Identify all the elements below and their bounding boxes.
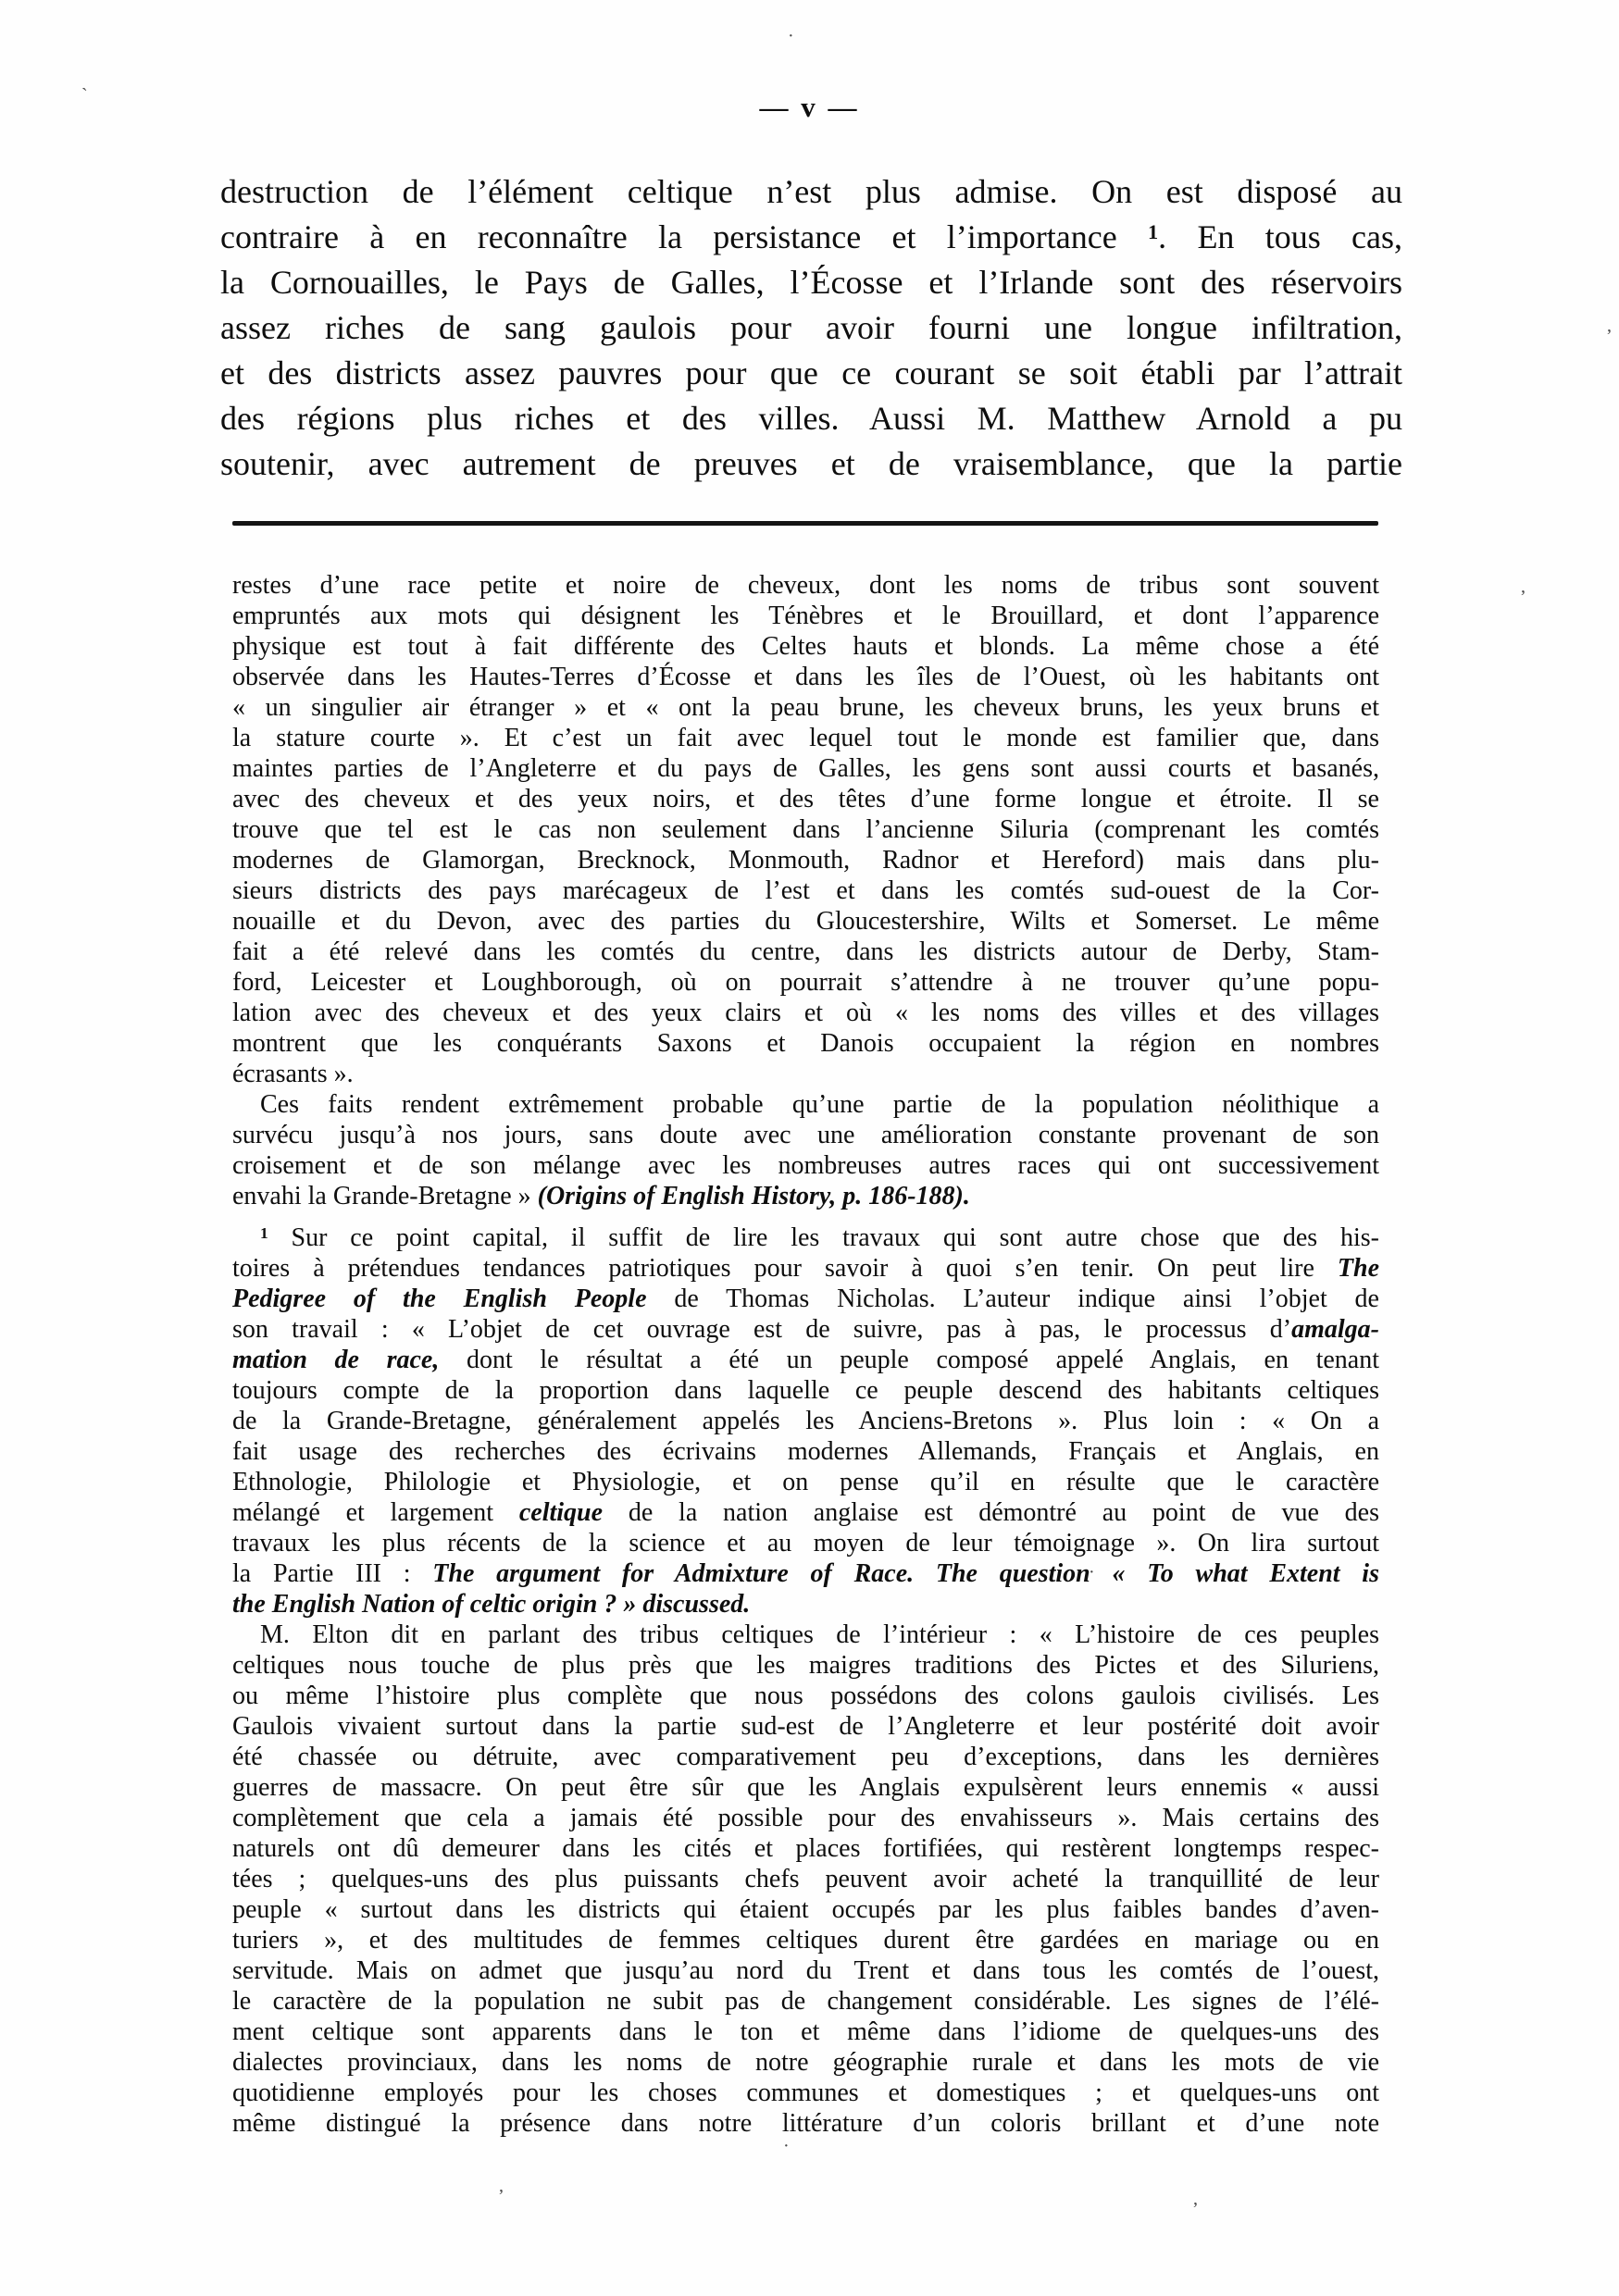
text-segment: turiers », et des multitudes de femmes c… (232, 1926, 1379, 1955)
text-segment: dont le résultat a été un peuple composé… (439, 1346, 1379, 1374)
text-segment: peuple « surtout dans les districts qui … (232, 1895, 1379, 1924)
text-line: sieurs districts des pays marécageux de … (232, 875, 1379, 906)
text-segment: M. Elton dit en parlant des tribus celti… (260, 1620, 1379, 1649)
text-segment: celtique (519, 1498, 603, 1527)
text-line: et des districts assez pauvres pour que … (220, 351, 1402, 396)
scan-speck: · (1089, 1562, 1095, 1583)
text-line: le caractère de la population ne subit p… (232, 1986, 1379, 2017)
text-segment: celtiques nous touche de plus près que l… (232, 1651, 1379, 1680)
text-line: celtiques nous touche de plus près que l… (232, 1650, 1379, 1681)
text-segment: et des districts assez pauvres pour que … (220, 354, 1402, 391)
text-line: observée dans les Hautes-Terres d’Écosse… (232, 662, 1379, 692)
text-line: tées ; quelques-uns des plus puissants c… (232, 1864, 1379, 1894)
text-line: destruction de l’élément celtique n’est … (220, 169, 1402, 215)
text-line: nouaille et du Devon, avec des parties d… (232, 906, 1379, 937)
text-segment: le caractère de la population ne subit p… (232, 1987, 1379, 2016)
text-segment: The argument for Admixture of Race. The … (432, 1559, 1379, 1588)
text-line: la stature courte ». Et c’est un fait av… (232, 723, 1379, 753)
footnote-marker: 1 (1148, 220, 1158, 243)
text-line: trouve que tel est le cas non seulement … (232, 814, 1379, 845)
text-line: 1 Sur ce point capital, il suffit de lir… (232, 1222, 1379, 1253)
text-segment: de la nation anglaise est démontré au po… (603, 1498, 1379, 1527)
text-segment: assez riches de sang gaulois pour avoir … (220, 309, 1402, 346)
text-line: maintes parties de l’Angleterre et du pa… (232, 753, 1379, 784)
page-number: — v — (0, 91, 1619, 124)
text-line: modernes de Glamorgan, Brecknock, Monmou… (232, 845, 1379, 875)
text-line: servitude. Mais on admet que jusqu’au no… (232, 1955, 1379, 1986)
text-segment: Sur ce point capital, il suffit de lire … (268, 1223, 1379, 1252)
text-line: Ethnologie, Philologie et Physiologie, e… (232, 1467, 1379, 1497)
text-segment: The (1338, 1254, 1379, 1283)
text-segment: the English Nation of celtic origin ? » … (232, 1590, 750, 1619)
text-segment: la Cornouailles, le Pays de Galles, l’Éc… (220, 264, 1402, 301)
text-line: « un singulier air étranger » et « ont l… (232, 692, 1379, 723)
text-line: croisement et de son mélange avec les no… (232, 1150, 1379, 1181)
text-segment: son travail : « L’objet de cet ouvrage e… (232, 1315, 1291, 1344)
text-segment: sieurs districts des pays marécageux de … (232, 876, 1379, 905)
text-line: lation avec des cheveux et des yeux clai… (232, 998, 1379, 1028)
text-segment: dialectes provinciaux, dans les noms de … (232, 2048, 1379, 2077)
text-line: la Partie III : The argument for Admixtu… (232, 1558, 1379, 1589)
text-segment: Ethnologie, Philologie et Physiologie, e… (232, 1468, 1379, 1496)
text-segment: amalga- (1291, 1315, 1379, 1344)
text-segment: maintes parties de l’Angleterre et du pa… (232, 754, 1379, 783)
text-segment: servitude. Mais on admet que jusqu’au no… (232, 1956, 1379, 1985)
text-segment: ford, Leicester et Loughborough, où on p… (232, 968, 1379, 997)
text-segment: trouve que tel est le cas non seulement … (232, 815, 1379, 844)
text-line: envahi la Grande-Bretagne » (Origins of … (232, 1181, 1379, 1211)
text-segment: mélangé et largement (232, 1498, 519, 1527)
text-segment: avec des cheveux et des yeux noirs, et d… (232, 785, 1379, 813)
text-segment: . En tous cas, (1158, 218, 1402, 255)
text-segment: la Partie III : (232, 1559, 432, 1588)
text-segment: de la Grande-Bretagne, généralement appe… (232, 1407, 1379, 1435)
text-line: Ces faits rendent extrêmement probable q… (232, 1089, 1379, 1120)
text-segment: été chassée ou détruite, avec comparativ… (232, 1743, 1379, 1771)
text-line: contraire à en reconnaître la persistanc… (220, 215, 1402, 260)
text-line: soutenir, avec autrement de preuves et d… (220, 441, 1402, 487)
text-segment: nouaille et du Devon, avec des parties d… (232, 907, 1379, 936)
scan-speck: · (783, 2136, 790, 2157)
text-segment: montrent que les conquérants Saxons et D… (232, 1029, 1379, 1058)
text-segment: écrasants ». (232, 1060, 354, 1088)
text-line: écrasants ». (232, 1059, 1379, 1089)
text-line: Gaulois vivaient surtout dans la partie … (232, 1711, 1379, 1742)
text-line: même distingué la présence dans notre li… (232, 2108, 1379, 2139)
text-line: the English Nation of celtic origin ? » … (232, 1589, 1379, 1620)
text-line: Pedigree of the English People de Thomas… (232, 1284, 1379, 1314)
text-line: survécu jusqu’à nos jours, sans doute av… (232, 1120, 1379, 1150)
scan-speck: ’ (1520, 587, 1526, 608)
text-line: physique est tout à fait différente des … (232, 631, 1379, 662)
text-segment: modernes de Glamorgan, Brecknock, Monmou… (232, 846, 1379, 875)
text-segment: Gaulois vivaient surtout dans la partie … (232, 1712, 1379, 1741)
text-segment: naturels ont dû demeurer dans les cités … (232, 1834, 1379, 1863)
text-line: peuple « surtout dans les districts qui … (232, 1894, 1379, 1925)
book-page: — v — destruction de l’élément celtique … (0, 0, 1619, 2296)
text-line: complètement que cela a jamais été possi… (232, 1803, 1379, 1833)
text-segment: destruction de l’élément celtique n’est … (220, 173, 1402, 210)
text-line: ford, Leicester et Loughborough, où on p… (232, 967, 1379, 998)
footnote-section: restes d’une race petite et noire de che… (232, 570, 1379, 2139)
text-line: son travail : « L’objet de cet ouvrage e… (232, 1314, 1379, 1345)
text-segment: Ces faits rendent extrêmement probable q… (260, 1090, 1379, 1119)
scan-speck: ` (81, 85, 88, 106)
text-line: mélangé et largement celtique de la nati… (232, 1497, 1379, 1528)
text-segment: travaux les plus récents de la science e… (232, 1529, 1379, 1558)
text-segment: quotidienne employés pour les choses com… (232, 2079, 1379, 2107)
text-line: guerres de massacre. On peut être sûr qu… (232, 1772, 1379, 1803)
text-line: mation de race, dont le résultat a été u… (232, 1345, 1379, 1375)
text-segment: ou même l’histoire plus complète que nou… (232, 1682, 1379, 1710)
text-line: assez riches de sang gaulois pour avoir … (220, 305, 1402, 351)
text-line: ou même l’histoire plus complète que nou… (232, 1681, 1379, 1711)
text-segment: des régions plus riches et des villes. A… (220, 400, 1402, 437)
text-line: M. Elton dit en parlant des tribus celti… (232, 1620, 1379, 1650)
text-line: toujours compte de la proportion dans la… (232, 1375, 1379, 1406)
footnote-marker: 1 (260, 1224, 268, 1242)
text-line: quotidienne employés pour les choses com… (232, 2078, 1379, 2108)
scan-speck: · (788, 26, 794, 47)
scan-speck: ’ (1192, 2199, 1199, 2220)
text-segment: survécu jusqu’à nos jours, sans doute av… (232, 1121, 1379, 1149)
text-segment: physique est tout à fait différente des … (232, 632, 1379, 661)
text-line: été chassée ou détruite, avec comparativ… (232, 1742, 1379, 1772)
text-segment: empruntés aux mots qui désignent les Tén… (232, 602, 1379, 630)
text-line: toires à prétendues tendances patriotiqu… (232, 1253, 1379, 1284)
text-segment: lation avec des cheveux et des yeux clai… (232, 999, 1379, 1027)
scan-speck: ’ (498, 2186, 504, 2207)
text-line: travaux les plus récents de la science e… (232, 1528, 1379, 1558)
text-segment: même distingué la présence dans notre li… (232, 2109, 1379, 2138)
text-segment: complètement que cela a jamais été possi… (232, 1804, 1379, 1832)
text-segment: fait a été relevé dans les comtés du cen… (232, 937, 1379, 966)
text-line: montrent que les conquérants Saxons et D… (232, 1028, 1379, 1059)
text-line: turiers », et des multitudes de femmes c… (232, 1925, 1379, 1955)
text-segment: mation de race, (232, 1346, 439, 1374)
text-line: des régions plus riches et des villes. A… (220, 396, 1402, 441)
text-line: fait a été relevé dans les comtés du cen… (232, 937, 1379, 967)
text-segment: Pedigree of the English People (232, 1285, 647, 1313)
text-line: avec des cheveux et des yeux noirs, et d… (232, 784, 1379, 814)
scan-speck: ’ (1606, 326, 1613, 347)
text-line: de la Grande-Bretagne, généralement appe… (232, 1406, 1379, 1436)
text-segment: tées ; quelques-uns des plus puissants c… (232, 1865, 1379, 1893)
text-line: ment celtique sont apparents dans le ton… (232, 2017, 1379, 2047)
text-line: la Cornouailles, le Pays de Galles, l’Éc… (220, 260, 1402, 305)
text-segment: la stature courte ». Et c’est un fait av… (232, 724, 1379, 752)
text-segment: de Thomas Nicholas. L’auteur indique ain… (647, 1285, 1380, 1313)
text-segment: croisement et de son mélange avec les no… (232, 1151, 1379, 1180)
footnote-separator-rule (232, 521, 1378, 526)
text-segment: « un singulier air étranger » et « ont l… (232, 693, 1379, 722)
text-line: empruntés aux mots qui désignent les Tén… (232, 601, 1379, 631)
text-segment: contraire à en reconnaître la persistanc… (220, 218, 1148, 255)
text-segment: fait usage des recherches des écrivains … (232, 1437, 1379, 1466)
text-segment: toujours compte de la proportion dans la… (232, 1376, 1379, 1405)
text-segment: ment celtique sont apparents dans le ton… (232, 2017, 1379, 2046)
text-line: restes d’une race petite et noire de che… (232, 570, 1379, 601)
main-paragraph: destruction de l’élément celtique n’est … (220, 169, 1402, 487)
text-segment: (Origins of English History, p. 186-188)… (538, 1182, 970, 1210)
text-segment: guerres de massacre. On peut être sûr qu… (232, 1773, 1379, 1802)
text-line: naturels ont dû demeurer dans les cités … (232, 1833, 1379, 1864)
text-segment: observée dans les Hautes-Terres d’Écosse… (232, 663, 1379, 691)
text-line: fait usage des recherches des écrivains … (232, 1436, 1379, 1467)
text-segment: soutenir, avec autrement de preuves et d… (220, 445, 1402, 482)
text-segment: restes d’une race petite et noire de che… (232, 571, 1379, 600)
text-line: dialectes provinciaux, dans les noms de … (232, 2047, 1379, 2078)
text-segment: envahi la Grande-Bretagne » (232, 1182, 538, 1210)
text-segment: toires à prétendues tendances patriotiqu… (232, 1254, 1338, 1283)
